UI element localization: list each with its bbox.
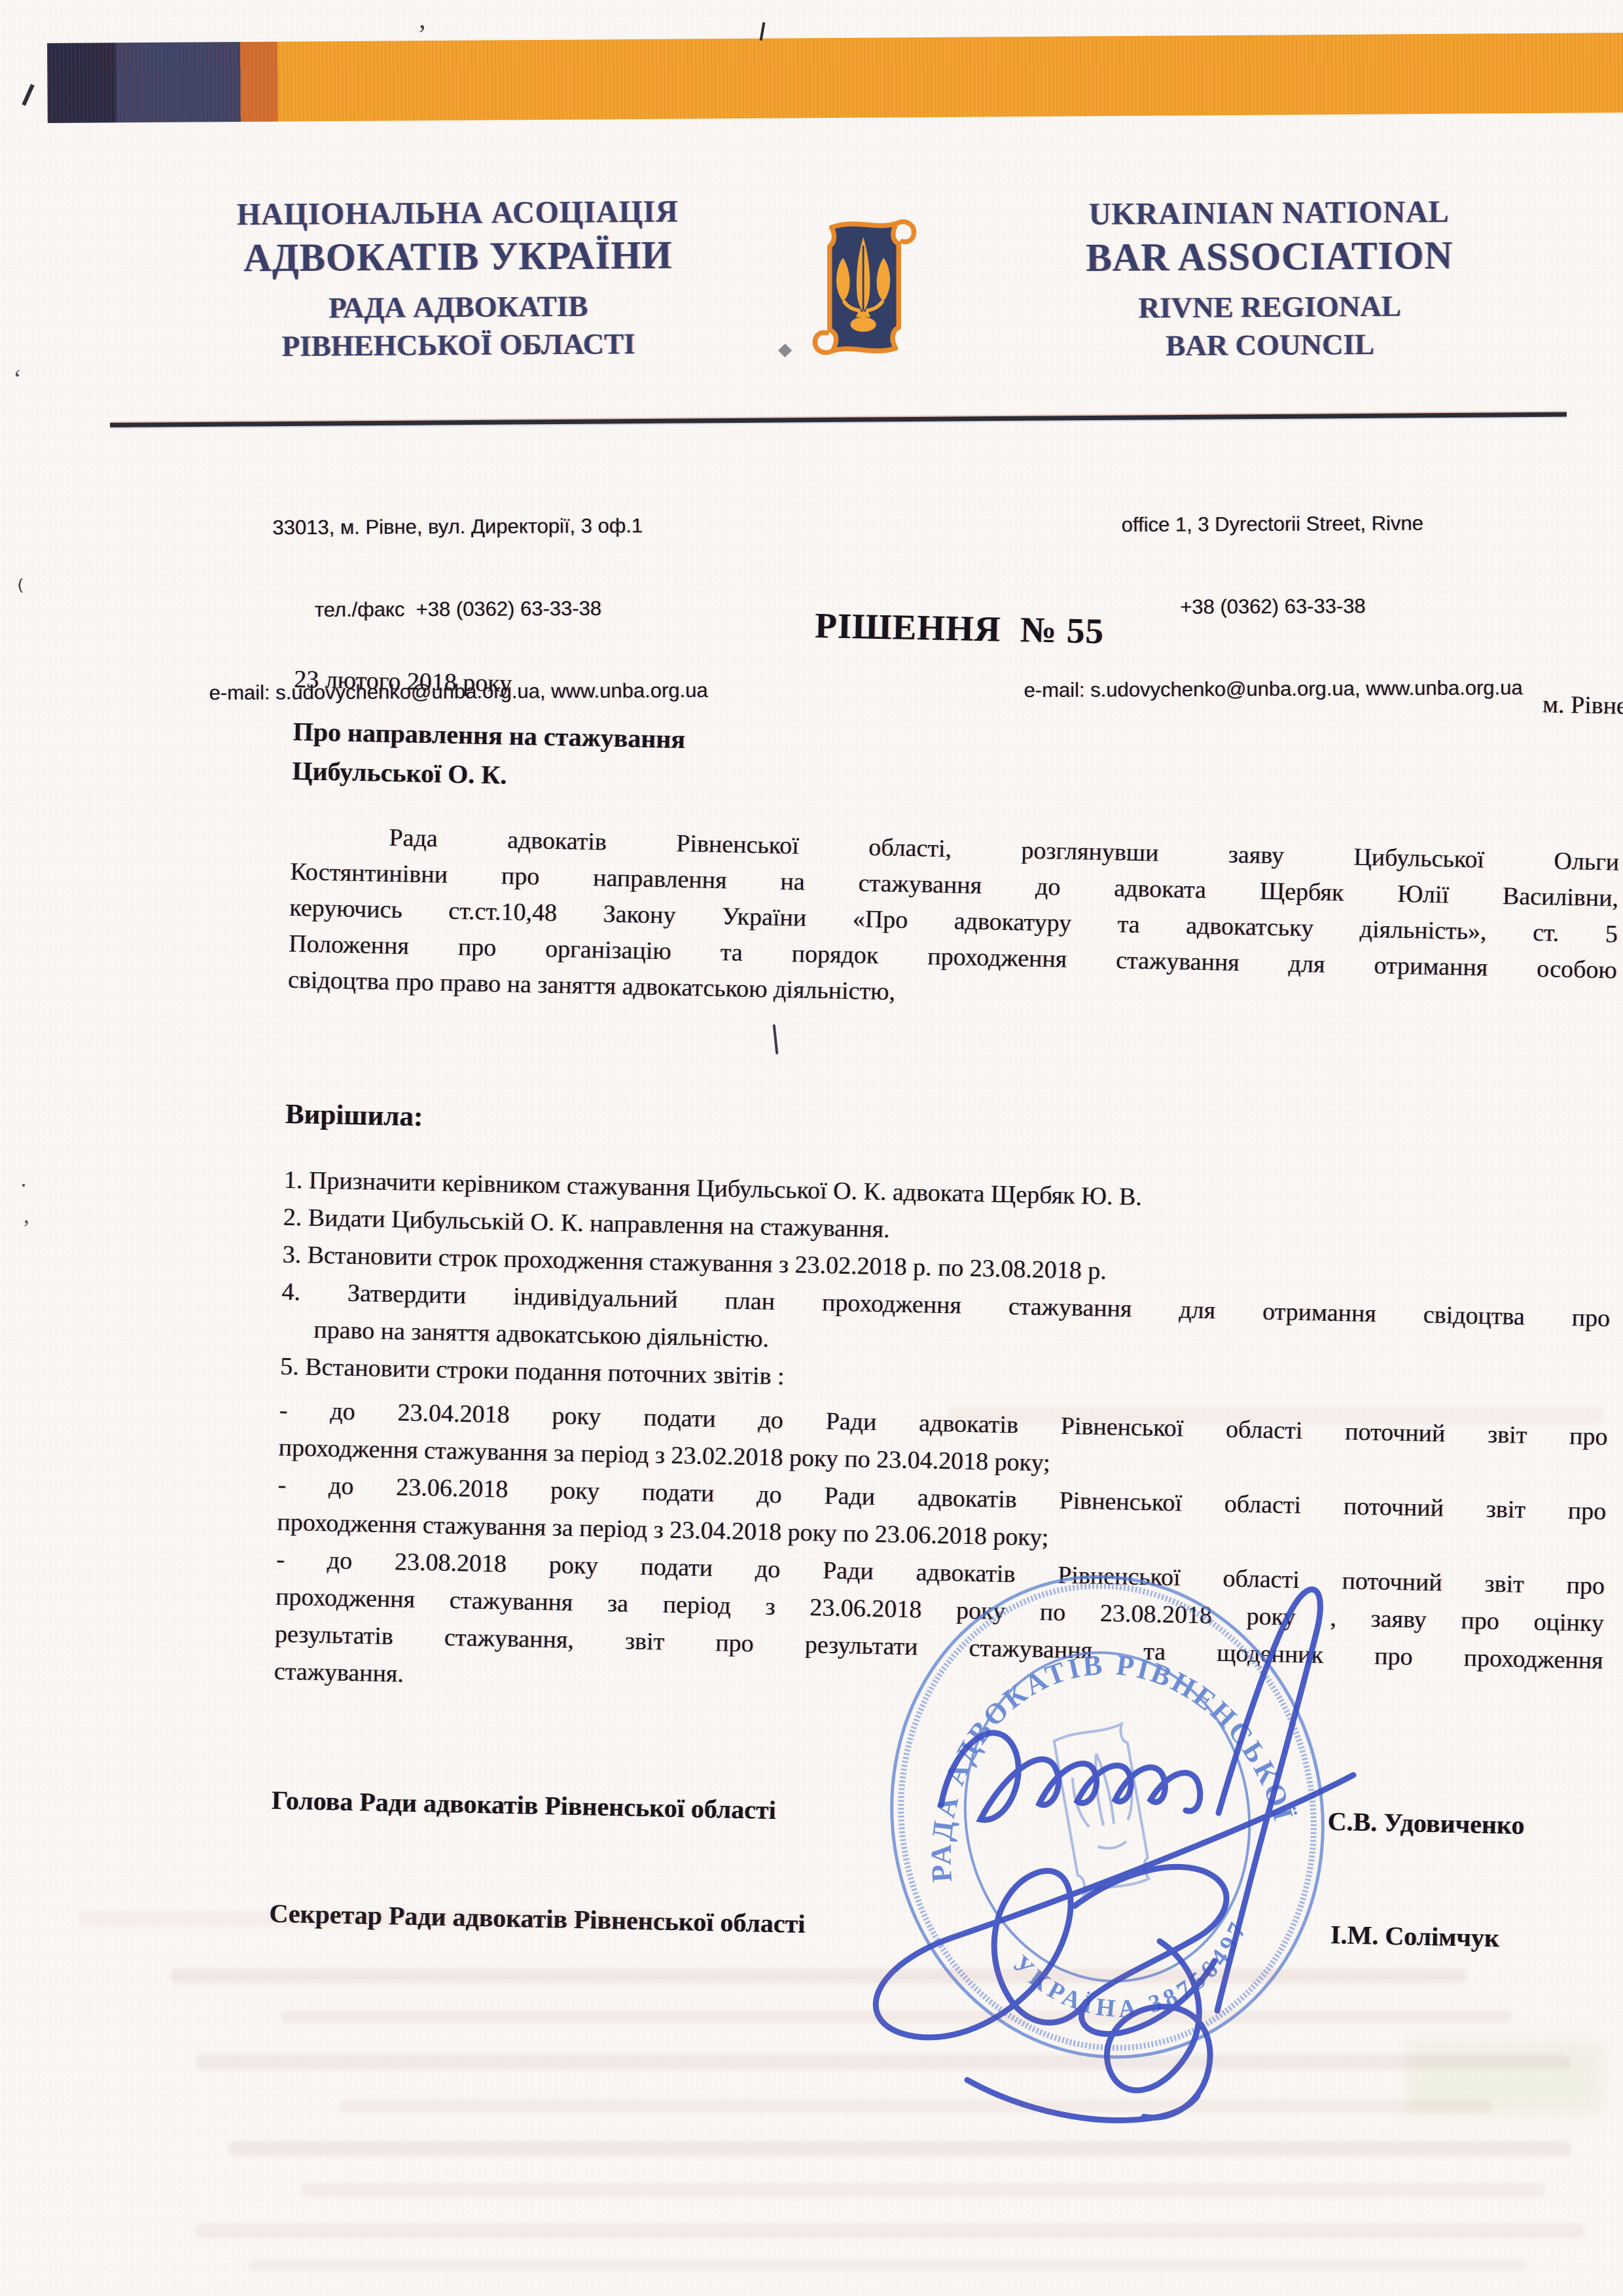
scanned-decision-document: ‚ ʻ ₍ · , НАЦІОНАЛЬНА АСОЦІАЦІЯ АДВОКАТІ… xyxy=(0,0,1623,2296)
handwritten-signatures xyxy=(0,0,1623,2296)
